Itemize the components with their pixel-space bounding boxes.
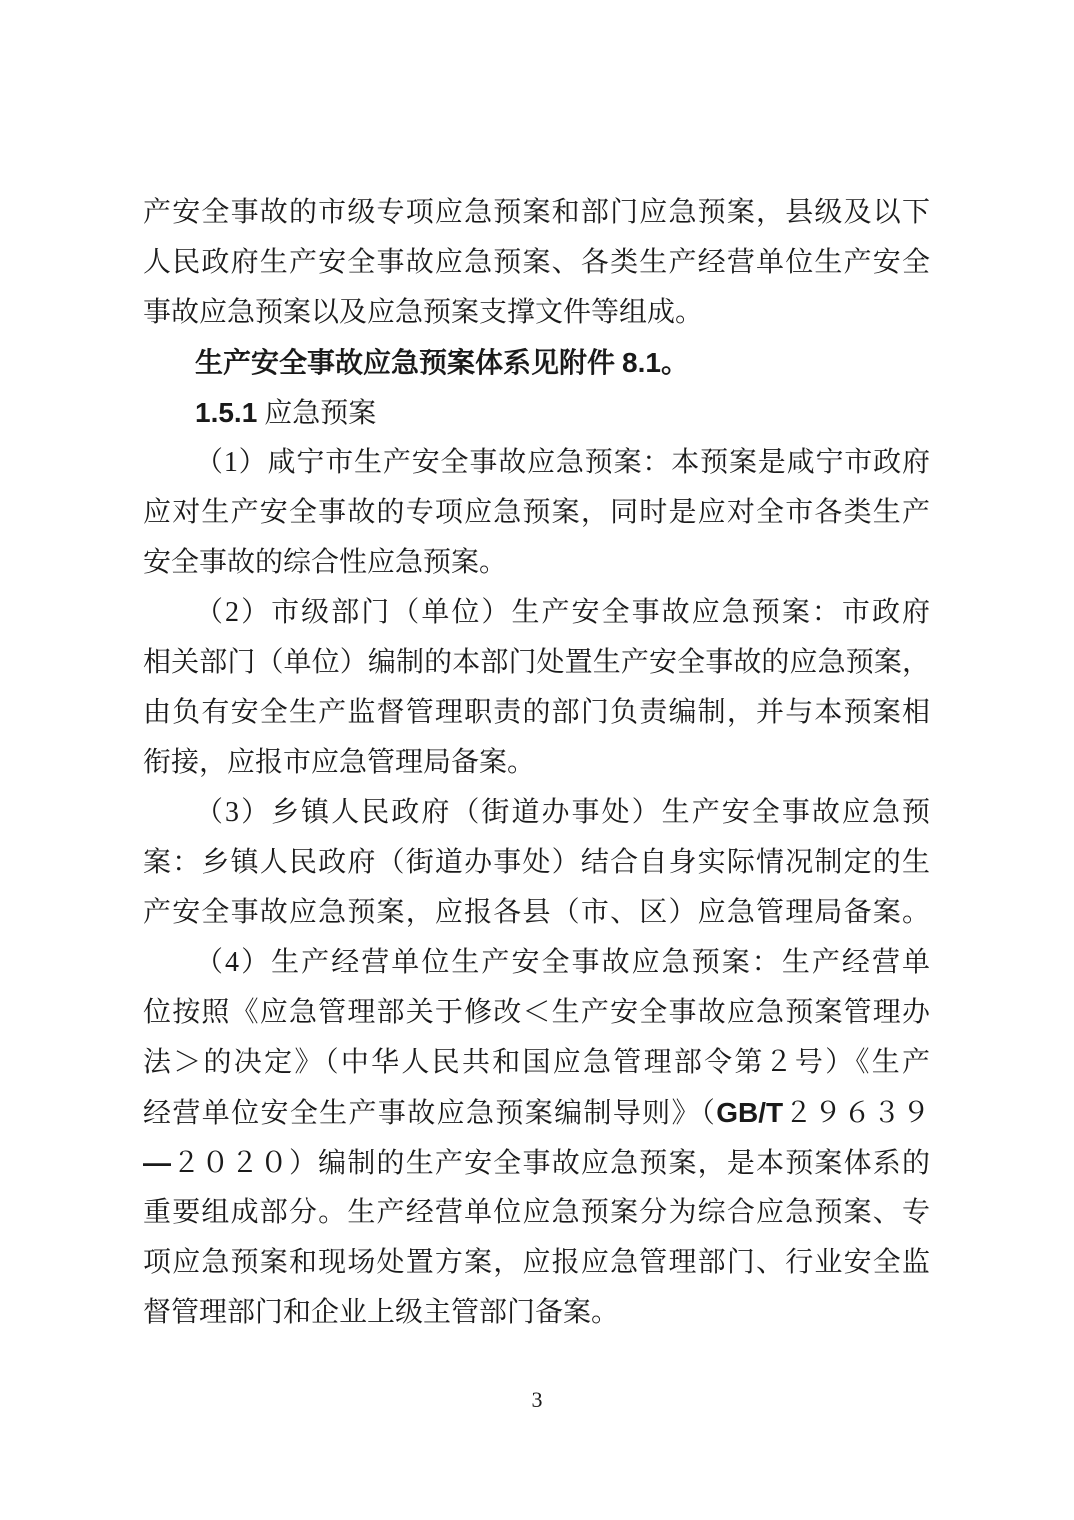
text-run: 重要组成部分。生产经营单位应急预案分为综合应急预案、专 bbox=[143, 1197, 930, 1228]
text-line: 人民政府生产安全事故应急预案、各类生产经营单位生产安全 bbox=[143, 238, 930, 288]
text-run: 应对生产安全事故的专项应急预案，同时是应对全市各类生产 bbox=[143, 497, 930, 528]
text-run: 督管理部门和企业上级主管部门备案。 bbox=[143, 1297, 619, 1328]
text-run: 经营单位安全生产事故应急预案编制导则》（ bbox=[143, 1098, 716, 1129]
text-run: 由负有安全生产监督管理职责的部门负责编制，并与本预案相 bbox=[143, 697, 930, 728]
para-appendix-reference: 生产安全事故应急预案体系见附件 8.1。 bbox=[143, 338, 930, 388]
text-line: 应对生产安全事故的专项应急预案，同时是应对全市各类生产 bbox=[143, 488, 930, 538]
text-line: 案：乡镇人民政府（街道办事处）结合自身实际情况制定的生 bbox=[143, 838, 930, 888]
para-item-1: （1）咸宁市生产安全事故应急预案：本预案是咸宁市政府应对生产安全事故的专项应急预… bbox=[143, 438, 930, 588]
text-run: 产安全事故的市级专项应急预案和部门应急预案，县级及以下 bbox=[143, 197, 930, 228]
text-run-bn: — bbox=[143, 1147, 171, 1178]
text-run-b: 生产安全事故应急预案体系见附件 bbox=[195, 348, 622, 379]
text-run: 安全事故的综合性应急预案。 bbox=[143, 547, 507, 578]
text-line: （3）乡镇人民政府（街道办事处）生产安全事故应急预 bbox=[143, 788, 930, 838]
text-run-bn: 8.1 bbox=[622, 347, 661, 378]
document-body: 产安全事故的市级专项应急预案和部门应急预案，县级及以下人民政府生产安全事故应急预… bbox=[143, 188, 930, 1338]
text-run: 应急预案 bbox=[257, 398, 376, 429]
text-run: 项应急预案和现场处置方案，应报应急管理部门、行业安全监 bbox=[143, 1247, 930, 1278]
text-run: （1）咸宁市生产安全事故应急预案：本预案是咸宁市政府 bbox=[195, 447, 930, 478]
text-run: 人民政府生产安全事故应急预案、各类生产经营单位生产安全 bbox=[143, 247, 930, 278]
text-run: （2）市级部门（单位）生产安全事故应急预案：市政府 bbox=[195, 597, 930, 628]
para-intro-continuation: 产安全事故的市级专项应急预案和部门应急预案，县级及以下人民政府生产安全事故应急预… bbox=[143, 188, 930, 338]
text-line: 事故应急预案以及应急预案支撑文件等组成。 bbox=[143, 288, 930, 338]
text-line: （1）咸宁市生产安全事故应急预案：本预案是咸宁市政府 bbox=[143, 438, 930, 488]
text-run: 相关部门（单位）编制的本部门处置生产安全事故的应急预案， bbox=[143, 647, 930, 678]
text-line: 项应急预案和现场处置方案，应报应急管理部门、行业安全监 bbox=[143, 1238, 930, 1288]
para-item-2: （2）市级部门（单位）生产安全事故应急预案：市政府相关部门（单位）编制的本部门处… bbox=[143, 588, 930, 788]
text-line: 1.5.1 应急预案 bbox=[143, 388, 930, 438]
text-run: 法＞的决定》（中华人民共和国应急管理部令第２号）《生产 bbox=[143, 1047, 930, 1078]
heading-1-5-1: 1.5.1 应急预案 bbox=[143, 388, 930, 438]
text-run: 案：乡镇人民政府（街道办事处）结合自身实际情况制定的生 bbox=[143, 847, 930, 878]
text-line: （2）市级部门（单位）生产安全事故应急预案：市政府 bbox=[143, 588, 930, 638]
text-line: 产安全事故应急预案，应报各县（市、区）应急管理局备案。 bbox=[143, 888, 930, 938]
para-item-4: （4）生产经营单位生产安全事故应急预案：生产经营单位按照《应急管理部关于修改＜生… bbox=[143, 938, 930, 1338]
text-run-n: ２９６３９ bbox=[783, 1097, 930, 1128]
text-run: 产安全事故应急预案，应报各县（市、区）应急管理局备案。 bbox=[143, 897, 930, 928]
text-run-b: 。 bbox=[661, 348, 689, 379]
text-run-bn: 1.5.1 bbox=[195, 397, 257, 428]
text-run: 位按照《应急管理部关于修改＜生产安全事故应急预案管理办 bbox=[143, 997, 930, 1028]
text-line: —２０２０）编制的生产安全事故应急预案，是本预案体系的 bbox=[143, 1138, 930, 1188]
text-line: 重要组成部分。生产经营单位应急预案分为综合应急预案、专 bbox=[143, 1188, 930, 1238]
text-line: 产安全事故的市级专项应急预案和部门应急预案，县级及以下 bbox=[143, 188, 930, 238]
text-run: 事故应急预案以及应急预案支撑文件等组成。 bbox=[143, 297, 703, 328]
text-line: 法＞的决定》（中华人民共和国应急管理部令第２号）《生产 bbox=[143, 1038, 930, 1088]
text-line: （4）生产经营单位生产安全事故应急预案：生产经营单 bbox=[143, 938, 930, 988]
text-run: （4）生产经营单位生产安全事故应急预案：生产经营单 bbox=[195, 947, 930, 978]
para-item-3: （3）乡镇人民政府（街道办事处）生产安全事故应急预案：乡镇人民政府（街道办事处）… bbox=[143, 788, 930, 938]
text-run: 衔接，应报市应急管理局备案。 bbox=[143, 747, 535, 778]
text-line: 相关部门（单位）编制的本部门处置生产安全事故的应急预案， bbox=[143, 638, 930, 688]
text-line: 衔接，应报市应急管理局备案。 bbox=[143, 738, 930, 788]
text-line: 经营单位安全生产事故应急预案编制导则》（GB/T２９６３９ bbox=[143, 1088, 930, 1138]
text-line: 生产安全事故应急预案体系见附件 8.1。 bbox=[143, 338, 930, 388]
page-number: 3 bbox=[0, 1385, 1074, 1415]
text-line: 位按照《应急管理部关于修改＜生产安全事故应急预案管理办 bbox=[143, 988, 930, 1038]
text-run: ）编制的生产安全事故应急预案，是本预案体系的 bbox=[289, 1148, 930, 1179]
document-page: 产安全事故的市级专项应急预案和部门应急预案，县级及以下人民政府生产安全事故应急预… bbox=[0, 0, 1074, 1520]
text-line: 由负有安全生产监督管理职责的部门负责编制，并与本预案相 bbox=[143, 688, 930, 738]
text-line: 安全事故的综合性应急预案。 bbox=[143, 538, 930, 588]
text-line: 督管理部门和企业上级主管部门备案。 bbox=[143, 1288, 930, 1338]
text-run: （3）乡镇人民政府（街道办事处）生产安全事故应急预 bbox=[195, 797, 930, 828]
text-run-n: ２０２０ bbox=[171, 1147, 289, 1178]
text-run-bn: GB/T bbox=[716, 1097, 783, 1128]
